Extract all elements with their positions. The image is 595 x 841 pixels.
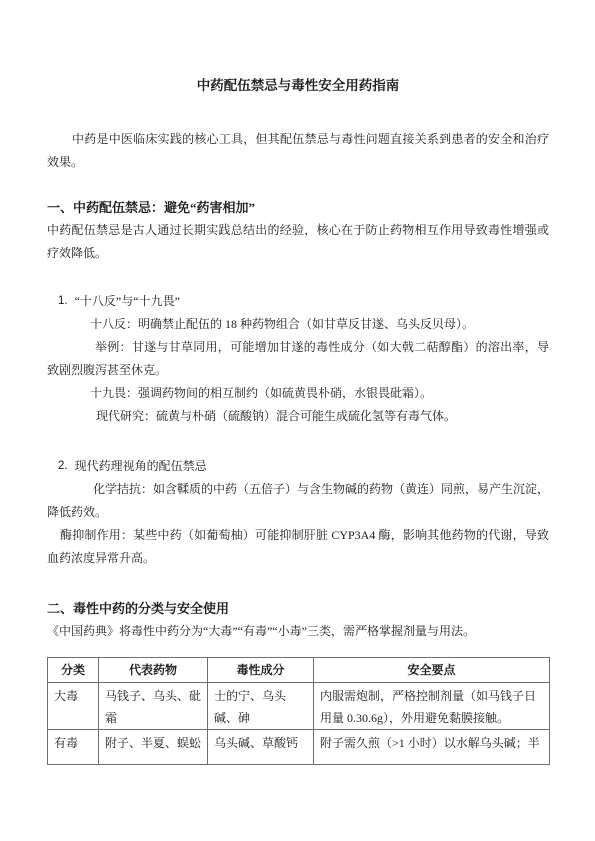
cell-category: 大毒 [54, 685, 92, 707]
section2-lead: 《中国药典》将毒性中药分为“大毒”“有毒”“小毒”三类，需严格掌握剂量与用法。 [47, 620, 549, 643]
header-cell-toxin: 毒性成分 [208, 658, 314, 683]
cell-safety: 附子需久煎（>1 小时）以水解乌头碱；半 [320, 732, 543, 754]
cell-drugs: 附子、半夏、蜈蚣 [105, 732, 201, 754]
section1-heading: 一、中药配伍禁忌：避免“药害相加” [47, 196, 549, 219]
toxicity-classification-table: 分类 代表药物 毒性成分 安全要点 大毒 马钱子、乌头、砒霜 士的宁、乌头碱、砷… [47, 657, 550, 765]
para-modern-research: 现代研究：硫黄与朴硝（硫酸钠）混合可能生成硫化氢等有毒气体。 [47, 405, 549, 428]
list-item-1-title: “十八反”与“十九畏” [75, 290, 180, 313]
section2-heading: 二、毒性中药的分类与安全使用 [47, 597, 549, 620]
para-nineteen-fears: 十九畏：强调药物间的相互制约（如硫黄畏朴硝，水银畏砒霜）。 [47, 382, 549, 405]
section1-lead: 中药配伍禁忌是古人通过长期实践总结出的经验，核心在于防止药物相互作用导致毒性增强… [47, 219, 549, 265]
table-header-row: 分类 代表药物 毒性成分 安全要点 [48, 658, 550, 683]
para-example: 举例：甘遂与甘草同用，可能增加甘遂的毒性成分（如大戟二萜醇酯）的溶出率，导致剧烈… [47, 336, 549, 382]
table-row: 大毒 马钱子、乌头、砒霜 士的宁、乌头碱、砷 内服需炮制，严格控制剂量（如马钱子… [48, 683, 550, 730]
list-item-2: 2. 现代药理视角的配伍禁忌 [58, 455, 549, 478]
table-row: 有毒 附子、半夏、蜈蚣 乌头碱、草酸钙针 附子需久煎（>1 小时）以水解乌头碱；… [48, 730, 550, 765]
intro-paragraph: 中药是中医临床实践的核心工具，但其配伍禁忌与毒性问题直接关系到患者的安全和治疗效… [47, 128, 549, 174]
cell-category: 有毒 [54, 732, 92, 754]
document-page: 中药配伍禁忌与毒性安全用药指南 中药是中医临床实践的核心工具，但其配伍禁忌与毒性… [0, 0, 595, 841]
para-eighteen-incompatibles: 十八反：明确禁止配伍的 18 种药物组合（如甘草反甘遂、乌头反贝母）。 [47, 313, 549, 336]
para-chemical-antagonism: 化学拮抗：如含鞣质的中药（五倍子）与含生物碱的药物（黄连）同煎，易产生沉淀，降低… [47, 478, 549, 524]
list-item-2-title: 现代药理视角的配伍禁忌 [75, 455, 207, 478]
cell-toxin: 乌头碱、草酸钙针 [214, 732, 307, 754]
cell-toxin: 士的宁、乌头碱、砷 [214, 685, 307, 729]
cell-drugs: 马钱子、乌头、砒霜 [105, 685, 201, 729]
document-title: 中药配伍禁忌与毒性安全用药指南 [47, 76, 549, 95]
header-cell-safety: 安全要点 [314, 658, 550, 683]
list-item-1: 1. “十八反”与“十九畏” [58, 290, 549, 313]
list-item-2-number: 2. [58, 455, 68, 478]
list-item-1-number: 1. [58, 290, 68, 313]
cell-safety: 内服需炮制，严格控制剂量（如马钱子日用量 0.30.6g），外用避免黏膜接触。 [320, 685, 543, 729]
header-cell-drugs: 代表药物 [99, 658, 208, 683]
para-enzyme-inhibition: 酶抑制作用：某些中药（如葡萄柚）可能抑制肝脏 CYP3A4 酶，影响其他药物的代… [47, 524, 549, 570]
header-cell-category: 分类 [48, 658, 99, 683]
